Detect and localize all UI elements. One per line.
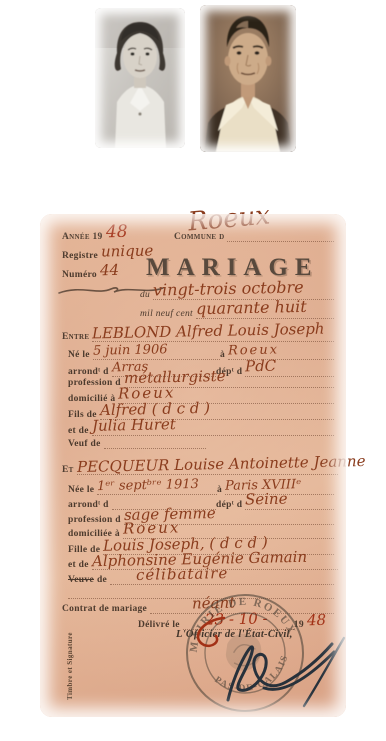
bride-birth-date: 1ᵉʳ septᵇʳᵉ 1913 bbox=[97, 481, 199, 491]
photo-woman bbox=[95, 8, 185, 148]
portrait-woman-illustration bbox=[95, 8, 185, 148]
groom-birth-place: Roeux bbox=[228, 346, 279, 355]
groom-domicile-value: Roeux bbox=[118, 388, 175, 397]
numero-value: 44 bbox=[100, 266, 119, 274]
groom-mere-value: Julia Huret bbox=[92, 420, 176, 430]
row-bride-name: Et PECQUEUR Louise Antoinette Jeanne bbox=[62, 461, 338, 475]
et-label: Et bbox=[62, 465, 77, 475]
groom-ne-label: Né le bbox=[68, 350, 93, 360]
bride-arrond-label: arrondᵗ d bbox=[68, 500, 112, 510]
bride-profession-value: sage femme bbox=[124, 509, 216, 519]
groom-birth-date: 5 juin 1906 bbox=[93, 346, 168, 356]
annee-label: Année 19 bbox=[62, 232, 106, 242]
bride-dept-value: Seine bbox=[245, 495, 288, 504]
bride-domicile-value: Roeux bbox=[123, 523, 180, 532]
groom-profession-label: profession d bbox=[68, 378, 124, 388]
mil-label: mil neuf cent bbox=[140, 309, 196, 319]
bride-ne-label: Née le bbox=[68, 485, 97, 495]
groom-profession-value: métallurgiste bbox=[124, 372, 226, 382]
bride-mere-value: Alphonsine Eugénie Gamain bbox=[92, 553, 307, 566]
bride-mere-label: et de bbox=[68, 560, 92, 570]
groom-a-label: à bbox=[220, 350, 228, 360]
bride-name: PECQUEUR Louise Antoinette Jeanne bbox=[77, 457, 366, 471]
registre-label: Registre bbox=[62, 251, 101, 261]
entre-label: Entre bbox=[62, 332, 92, 342]
row-groom-name: Entre LEBLOND Alfred Louis Joseph bbox=[62, 328, 334, 342]
groom-pere-value: Alfred ( d c d ) bbox=[100, 404, 210, 414]
contrat-label: Contrat de mariage bbox=[62, 604, 150, 614]
margin-note: Timbre et Signature bbox=[66, 632, 74, 700]
commune-value-wrap: Roeux bbox=[188, 212, 270, 232]
marriage-certificate: Année 19 48 Commune d Roeux Registre uni… bbox=[40, 214, 346, 717]
annee-value: 48 bbox=[106, 228, 128, 236]
groom-veuf-label: Veuf de bbox=[68, 439, 104, 449]
commune-value: Roeux bbox=[188, 208, 271, 229]
year-words: quarante huit bbox=[196, 303, 307, 313]
photo-man bbox=[200, 5, 296, 152]
numero-label: Numéro bbox=[62, 270, 100, 280]
date-words: vingt-trois octobre bbox=[153, 283, 304, 294]
row-year-words: mil neuf cent quarante huit bbox=[140, 305, 334, 319]
row-annee: Année 19 48 bbox=[62, 228, 170, 242]
bride-pere-value: Louis Joseph, ( d c d ) bbox=[103, 538, 268, 549]
page: Année 19 48 Commune d Roeux Registre uni… bbox=[0, 0, 386, 741]
bride-a-label: à bbox=[217, 485, 225, 495]
du-label: du bbox=[140, 290, 153, 300]
groom-name: LEBLOND Alfred Louis Joseph bbox=[92, 325, 325, 338]
red-pen-mark bbox=[186, 612, 230, 652]
bride-veuve-value: célibataire bbox=[136, 569, 228, 579]
row-groom-veuf: Veuf de bbox=[68, 435, 206, 449]
portrait-man-illustration bbox=[200, 5, 296, 152]
bride-veuve-label: Veuve bbox=[68, 575, 97, 585]
bride-profession-label: profession d bbox=[68, 515, 124, 525]
bride-veuve-de-label: de bbox=[97, 575, 110, 585]
